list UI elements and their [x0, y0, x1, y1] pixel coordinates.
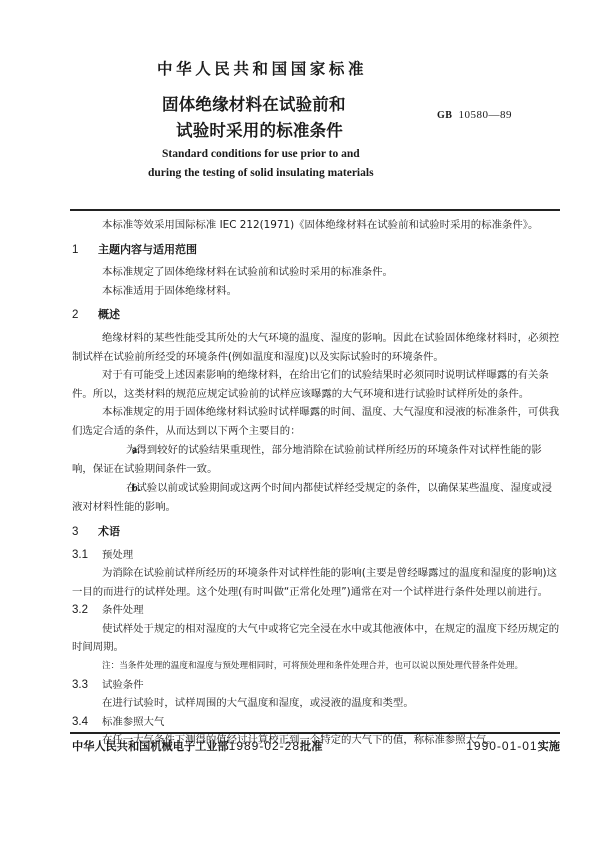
document-body: 本标准等效采用国际标准 IEC 212(1971)《固体绝缘材料在试验前和试验时…	[72, 216, 560, 750]
approval-label: 批准	[300, 740, 322, 753]
footer-approval: 中华人民共和国机械电子工业部1989-02-28批准	[72, 738, 322, 754]
intro-paragraph: 本标准等效采用国际标准 IEC 212(1971)《固体绝缘材料在试验前和试验时…	[72, 216, 560, 235]
subsection-3-3-heading: 3.3试验条件	[72, 676, 560, 695]
subsection-3-1-text: 为消除在试验前试样所经历的环境条件对试样性能的影响(主要是曾经曝露过的温度和湿度…	[72, 564, 560, 601]
subsection-3-4-heading: 3.4标准参照大气	[72, 713, 560, 732]
section-1-paragraph-2: 本标准适用于固体绝缘材料。	[72, 282, 560, 301]
subsection-3-2-text: 使试样处于规定的相对湿度的大气中或将它完全浸在水中或其他液体中，在规定的温度下经…	[72, 620, 560, 657]
footer-effective: 1990-01-01实施	[466, 738, 560, 754]
english-title-line-2: during the testing of solid insulating m…	[148, 167, 374, 179]
bottom-divider	[70, 732, 560, 734]
english-title-line-1: Standard conditions for use prior to and	[162, 148, 360, 160]
title-line-2: 试验时采用的标准条件	[176, 117, 343, 141]
section-2-paragraph-2: 对于有可能受上述因素影响的绝缘材料，在给出它们的试验结果时必须同时说明试样曝露的…	[72, 366, 560, 403]
section-1-heading: 1主题内容与适用范围	[72, 241, 560, 260]
section-2-paragraph-1: 绝缘材料的某些性能受其所处的大气环境的温度、湿度的影响。因此在试验固体绝缘材料时…	[72, 329, 560, 366]
section-2-paragraph-3: 本标准规定的用于固体绝缘材料试验时试样曝露的时间、温度、大气湿度和浸液的标准条件…	[72, 403, 560, 440]
section-3-heading: 3术语	[72, 523, 560, 542]
standard-number: GB10580—89	[437, 109, 512, 121]
gb-prefix: GB	[437, 110, 452, 121]
subsection-3-1-heading: 3.1预处理	[72, 546, 560, 565]
section-2-heading: 2概述	[72, 306, 560, 325]
section-1-paragraph-1: 本标准规定了固体绝缘材料在试验前和试验时采用的标准条件。	[72, 263, 560, 282]
effective-label: 实施	[538, 740, 560, 753]
gb-number: 10580—89	[458, 109, 512, 121]
section-2-item-a: a.为得到较好的试验结果重现性，部分地消除在试验前试样所经历的环境条件对试样性能…	[72, 441, 560, 479]
subsection-3-2-note: 注：当条件处理的温度和湿度与预处理相同时，可将预处理和条件处理合并，也可以说以预…	[72, 657, 560, 676]
subsection-3-3-text: 在进行试验时，试样周围的大气温度和湿度，或浸液的温度和类型。	[72, 694, 560, 713]
title-line-1: 固体绝缘材料在试验前和	[162, 91, 346, 115]
approval-date: 1989-02-28	[229, 739, 300, 753]
top-divider	[70, 209, 560, 211]
subsection-3-2-heading: 3.2条件处理	[72, 601, 560, 620]
national-standard-label: 中华人民共和国国家标准	[157, 57, 367, 79]
section-2-item-b: b.在试验以前或试验期间或这两个时间内都使试样经受规定的条件，以确保某些温度、湿…	[72, 479, 560, 517]
effective-date: 1990-01-01	[466, 739, 537, 753]
issuer: 中华人民共和国机械电子工业部	[72, 740, 229, 753]
